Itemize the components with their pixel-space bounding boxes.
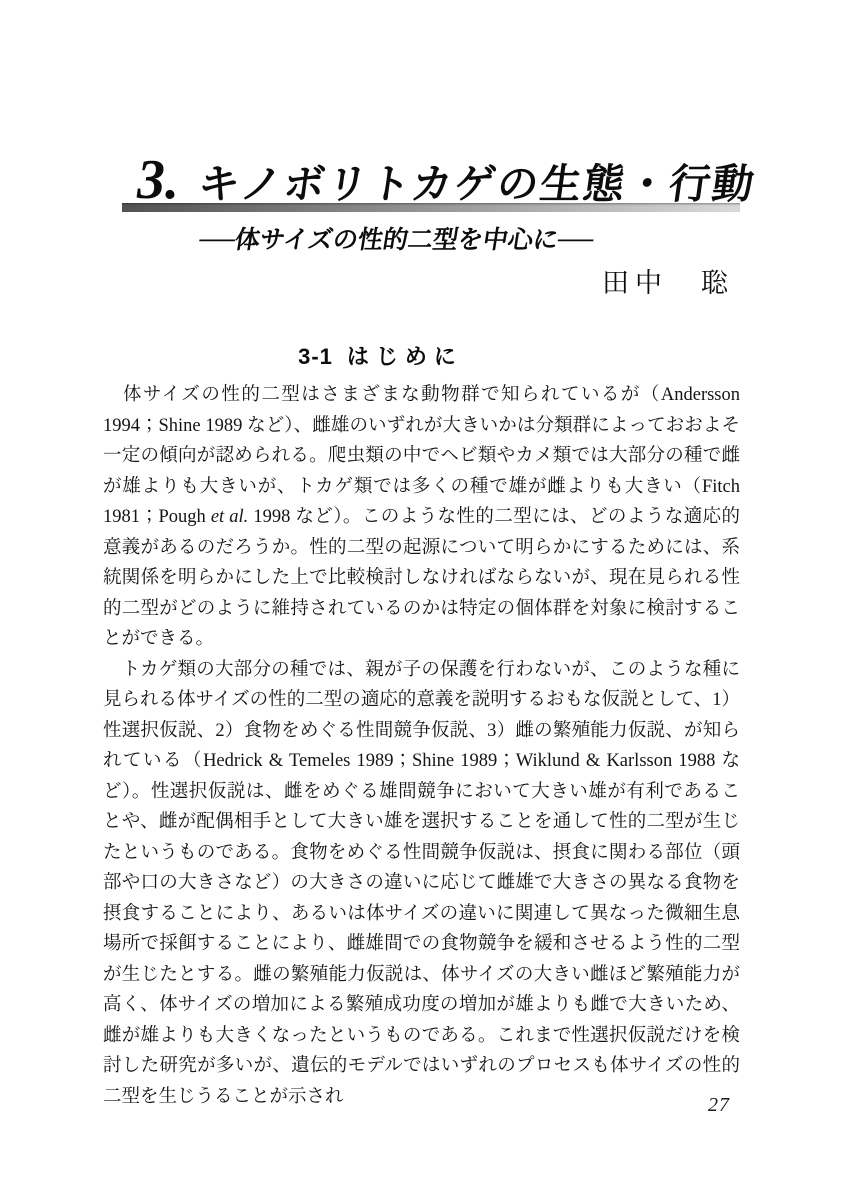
paragraph-1: 体サイズの性的二型はさまざまな動物群で知られているが（Andersson 199… xyxy=(103,380,740,655)
title-rule-divider xyxy=(122,203,740,212)
chapter-title: キノボリトカゲの生態・行動 xyxy=(195,151,760,210)
author-name: 田中 聡 xyxy=(103,261,740,300)
body-text: 体サイズの性的二型はさまざまな動物群で知られているが（Andersson 199… xyxy=(103,380,740,1112)
paragraph-1-text-cont: 1998 など）。このような性的二型には、どのような適応的意義があるのだろうか。… xyxy=(103,507,740,649)
paragraph-1-text: 体サイズの性的二型はさまざまな動物群で知られているが（Andersson 199… xyxy=(103,385,740,527)
page-number: 27 xyxy=(708,1094,730,1117)
section-heading-inner: 3-1はじめに xyxy=(298,344,463,369)
section-heading: 3-1はじめに xyxy=(103,340,740,371)
section-number: 3-1 xyxy=(298,344,333,369)
paragraph-2: トカゲ類の大部分の種では、親が子の保護を行わないが、このような種に見られる体サイ… xyxy=(103,655,740,1113)
section-title: はじめに xyxy=(347,344,463,369)
book-page: { "page": { "number": "27", "background_… xyxy=(0,0,856,1200)
chapter-subtitle: ──体サイズの性的二型を中心に── xyxy=(197,220,597,256)
paragraph-1-et-al: et al. xyxy=(211,507,248,527)
